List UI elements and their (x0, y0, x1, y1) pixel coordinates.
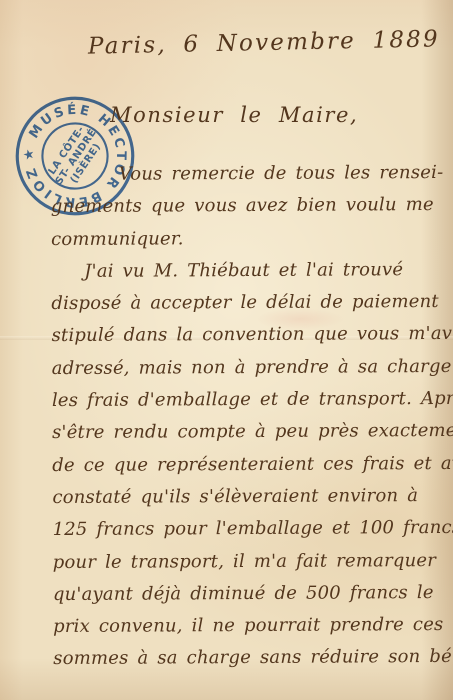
date-line: Paris, 6 Novembre 1889 (88, 26, 440, 59)
letter-line: pour le transport, il m'a fait remarquer (53, 545, 448, 579)
letter-line: disposé à accepter le délai de paiement (51, 286, 446, 320)
letter-line: J'ai vu M. Thiébaut et l'ai trouvé (84, 254, 446, 288)
letter-line: s'être rendu compte à peu près exactemen… (52, 415, 447, 449)
letter-line: les frais d'emballage et de transport. A… (52, 383, 447, 417)
letter-line: communiquer. (51, 222, 446, 256)
letter-page: Paris, 6 Novembre 1889 ★ MUSÉE HECTOR BE… (0, 0, 453, 700)
letter-body: Vous remercie de tous les rensei- gnemen… (51, 157, 449, 676)
letter-line: prix convenu, il ne pourrait prendre ces (53, 609, 448, 643)
letter-line: 125 francs pour l'emballage et 100 franc… (53, 512, 448, 546)
salutation: Monsieur le Maire, (110, 103, 358, 127)
letter-line: de ce que représenteraient ces frais et … (52, 448, 447, 482)
letter-line: constaté qu'ils s'élèveraient environ à (52, 480, 447, 514)
letter-line: stipulé dans la convention que vous m'av… (51, 318, 446, 352)
letter-line: Vous remercie de tous les rensei- (119, 157, 446, 191)
letter-line: gnements que vous avez bien voulu me (51, 189, 446, 223)
letter-line: qu'ayant déjà diminué de 500 francs le (53, 577, 448, 611)
letter-line: sommes à sa charge sans réduire son béné… (53, 641, 448, 675)
letter-line: adressé, mais non à prendre à sa charge (52, 351, 447, 385)
